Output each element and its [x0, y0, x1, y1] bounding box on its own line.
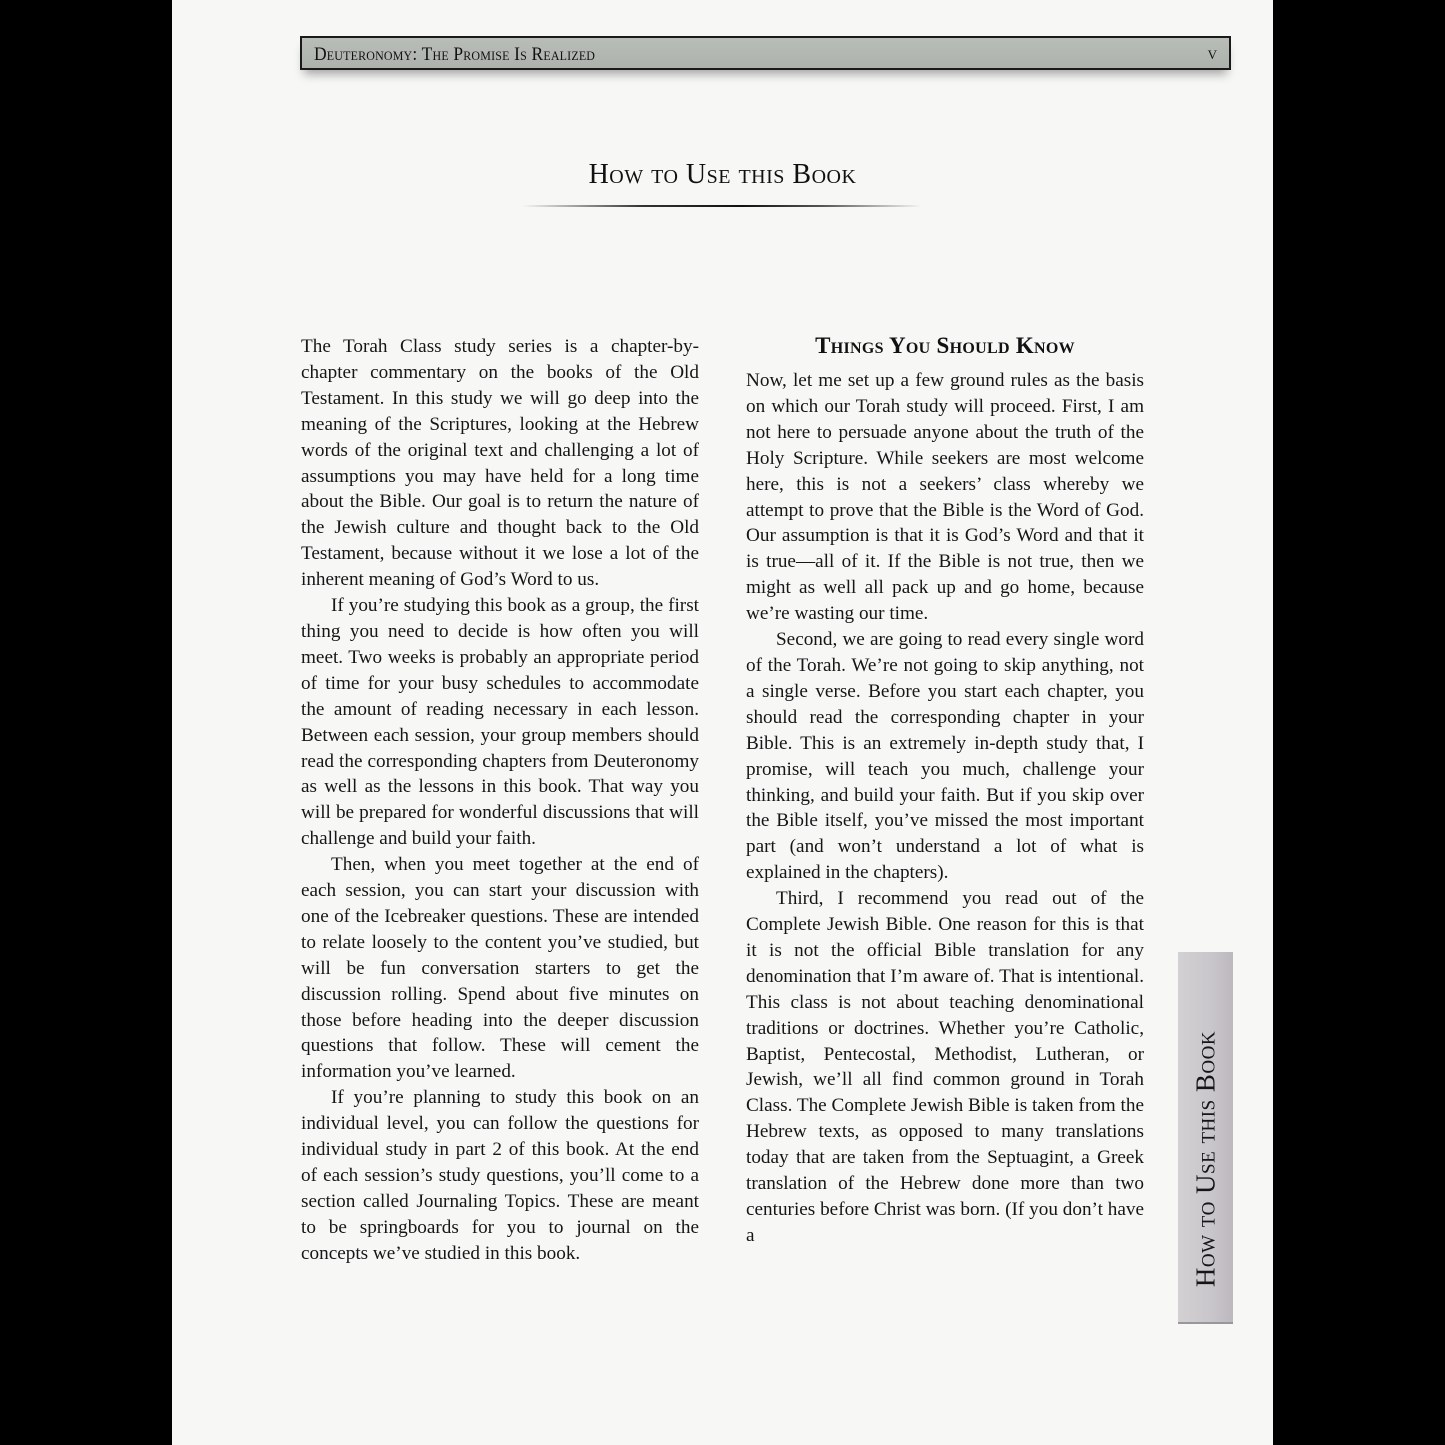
left-column: The Torah Class study series is a chapte… [301, 334, 699, 1267]
book-page: Deuteronomy: The Promise Is Realized v H… [172, 0, 1273, 1445]
paragraph: The Torah Class study series is a chapte… [301, 334, 699, 593]
page-number: v [1208, 43, 1217, 64]
paragraph: Third, I recommend you read out of the C… [746, 886, 1144, 1249]
side-tab-label: How to Use this Book [1190, 1031, 1221, 1287]
paragraph: If you’re studying this book as a group,… [301, 593, 699, 852]
paragraph: If you’re planning to study this book on… [301, 1085, 699, 1266]
paragraph: Now, let me set up a few ground rules as… [746, 368, 1144, 627]
paragraph: Second, we are going to read every singl… [746, 627, 1144, 886]
running-header-title: Deuteronomy: The Promise Is Realized [314, 44, 595, 66]
title-divider [522, 205, 922, 207]
right-column: Things You Should Know Now, let me set u… [746, 331, 1144, 1249]
running-header: Deuteronomy: The Promise Is Realized v [300, 36, 1231, 70]
paragraph: Then, when you meet together at the end … [301, 852, 699, 1085]
section-heading: Things You Should Know [746, 331, 1144, 361]
chapter-side-tab: How to Use this Book [1178, 952, 1233, 1324]
page-title: How to Use this Book [172, 159, 1273, 191]
